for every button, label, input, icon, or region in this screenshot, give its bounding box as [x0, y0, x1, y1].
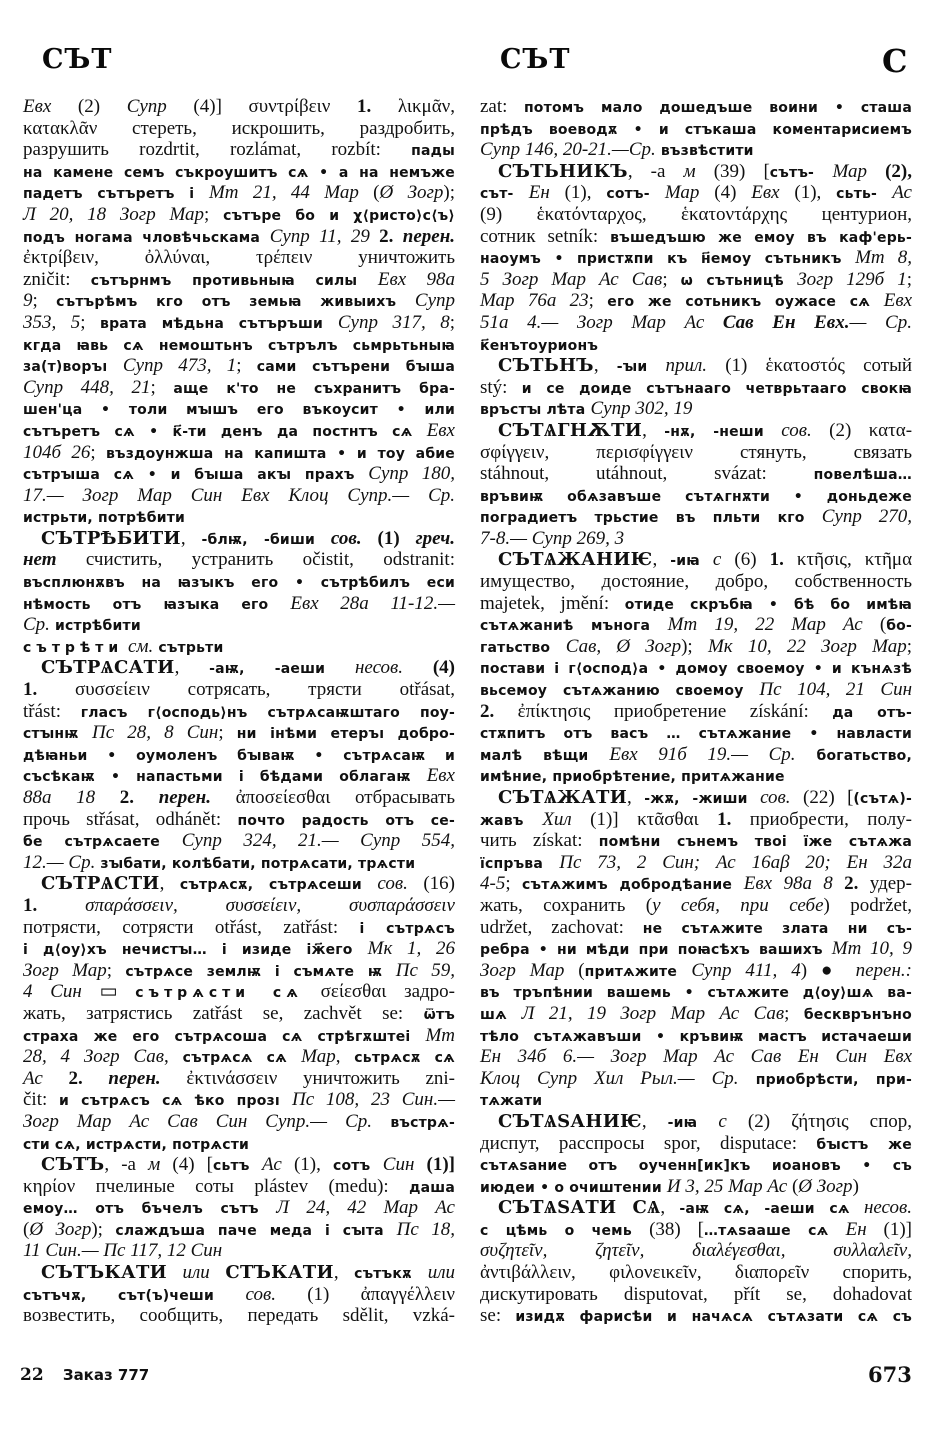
- text-line: čit: и сътрѧсъ сѧ ѣко прозı Пс 108, 23 С…: [23, 1089, 455, 1111]
- definition-text: čit:: [23, 1089, 59, 1110]
- definition-text: (2) κατα-: [812, 420, 912, 441]
- definition-text: ἀποσείεσθαι отбрасывать: [211, 787, 455, 808]
- church-slavonic-quote: за(т)воръı: [23, 359, 123, 375]
- church-slavonic-quote: въздоунжша на капишта • и тоу абие: [106, 446, 455, 462]
- church-slavonic-quote: бо-: [886, 618, 912, 634]
- church-slavonic-quote: врата мѣдьна сътъръши: [100, 316, 338, 332]
- definition-text: разрушить rozdrtit, rozlámat, rozbít:: [23, 139, 411, 160]
- text-line: 9; сътърѣмъ кго отъ земьꙗ живыихъ Супр: [23, 290, 455, 312]
- source-reference: Мар: [665, 182, 700, 203]
- text-line: їспръва Пс 73, 2 Син; Ас 16аβ 20; Ен 32а: [480, 852, 912, 874]
- source-reference: перен.:: [856, 960, 912, 981]
- definition-text: сотник setník:: [480, 226, 610, 247]
- text-line: Ср. истрѣбити: [23, 614, 455, 636]
- church-slavonic-quote: кгда ꙗвь сѧ немоштьнъ сътрълъ сьмрьтьныꙗ: [23, 338, 455, 354]
- headword: СЪТѦЖАТИ: [498, 787, 627, 808]
- definition-text: udržet, zachovat:: [480, 917, 643, 938]
- source-reference: Пс 59,: [396, 960, 455, 981]
- text-line: постави і г⟨оспод⟩а • домоу своемоу • и …: [480, 657, 912, 679]
- definition-text: возвестить, сообщить, передать sdělit, v…: [23, 1305, 455, 1326]
- text-line: дискутировать disputovat, přít se, dohad…: [480, 1284, 912, 1306]
- church-slavonic-quote: сътъчѫ, сът(ъ)чеши: [23, 1288, 246, 1304]
- definition-text: (1),: [550, 182, 607, 203]
- church-slavonic-quote: изидѫ фарисѣи и начѧсѧ сътѧзати сѧ съ: [515, 1309, 912, 1325]
- definition-text: ;: [907, 636, 912, 657]
- church-slavonic-quote: и сътрѧсъ сѧ ѣко прозı: [59, 1093, 292, 1109]
- source-reference: 12.— Ср.: [23, 852, 95, 873]
- text-line: κηρίον пчелиные соты plástev (medu): даш…: [23, 1176, 455, 1198]
- church-slavonic-quote: -аѭ, -аеши: [209, 661, 325, 677]
- text-line: 28, 4 Зогр Сав, сътрѧсѧ сѧ Мар, сьтрѧсѫ …: [23, 1046, 455, 1068]
- church-slavonic-quote: шѧ: [480, 1007, 522, 1023]
- source-reference: 4-5: [480, 873, 505, 894]
- text-line: диспут, расспросы spor, disputace: бꙑстъ…: [480, 1133, 912, 1155]
- source-reference: Супр 11, 29: [270, 226, 370, 247]
- text-line: Ен 34б 6.— Зогр Мар Ас Сав Ен Син Евх: [480, 1046, 912, 1068]
- text-line: 5 Зогр Мар Ас Сав; ѡ сътьницѣ Зогр 129б …: [480, 269, 912, 291]
- definition-text: (1)] κτᾶσθαι: [572, 809, 717, 830]
- text-line: СЪТѦЅАНИѤ, -иꙗ с (2) ζήτησις спор,: [480, 1111, 912, 1133]
- church-slavonic-quote: имѣние, приобрѣтение, притѧжание: [480, 769, 785, 785]
- definition-text: ;: [33, 290, 57, 311]
- definition-text: (: [564, 960, 584, 981]
- definition-text: σφίγγειν, περισφίγγειν стянуть, связать: [480, 442, 912, 463]
- definition-text: 1.: [717, 809, 731, 830]
- headword: СЪТѦЖАНИѤ: [498, 549, 652, 570]
- source-reference: Евх: [23, 96, 51, 117]
- definition-text: συσσείειν сотрясать, трясти otřásat,: [37, 679, 455, 700]
- church-slavonic-quote: нѣмость отъ ꙗзꙑка его: [23, 597, 290, 613]
- church-slavonic-quote: и се доиде сътънааго четврьтааго свокꙗ: [522, 381, 912, 397]
- church-slavonic-quote: помѣни сънемъ твоі їже сътѧжа: [599, 834, 912, 850]
- church-slavonic-quote: поградиетъ трьстие въ пльти кго: [480, 510, 822, 526]
- church-slavonic-quote: сътрѧсѧ сѧ: [183, 1050, 302, 1066]
- definition-text: 2.: [370, 226, 394, 247]
- source-reference: Ен: [846, 1219, 867, 1240]
- source-reference: Супр 317, 8: [338, 312, 450, 333]
- source-reference: Клоц Супр Хил Рыл.— Ср.: [480, 1068, 739, 1089]
- definition-text: (1),: [282, 1154, 333, 1175]
- text-line: сътѧжаниѣ мънога Мт 19, 22 Мар Ас (бо-: [480, 614, 912, 636]
- source-reference: 11 Син.— Пс 117, 12 Син: [23, 1240, 222, 1261]
- text-line: малѣ вѣщи Евх 91б 19.— Ср. богатьство,: [480, 744, 912, 766]
- church-slavonic-quote: сотъ-: [606, 186, 665, 202]
- definition-text: (39) [: [696, 161, 770, 182]
- text-line: СЪТѦГНѪТИ, -нѫ, -неши сов. (2) κατα-: [480, 420, 912, 442]
- definition-text: приобрести, полу-: [731, 809, 912, 830]
- source-reference: Сав Ен Евх.: [723, 312, 850, 333]
- signature-number: 22: [20, 1365, 44, 1385]
- text-line: stáhnout, utáhnout, svázat: повелѣша…: [480, 463, 912, 485]
- church-slavonic-quote: жавъ: [480, 813, 542, 829]
- text-line: ребра • ни мѣди при поꙗсѣхъ вашихъ Мт 10…: [480, 938, 912, 960]
- text-line: majetek, jmění: отиде скръбꙗ • бѣ бо имѣ…: [480, 593, 912, 615]
- church-slavonic-quote: постави і г⟨оспод⟩а • домоу своемоу • и …: [480, 661, 912, 677]
- source-reference: м: [148, 1154, 160, 1175]
- source-reference: Супр 180,: [368, 463, 455, 484]
- text-line: сът- Ен (1), сотъ- Мар (4) Евх (1), сьть…: [480, 182, 912, 204]
- source-reference: греч.: [416, 528, 455, 549]
- text-line: udržet, zachovat: не сътѧжите злата ни с…: [480, 917, 912, 939]
- source-reference: Зогр 129б 1: [797, 269, 906, 290]
- church-slavonic-quote: връстꙑ лѣта: [480, 402, 590, 418]
- text-line: въ тръпѣнии вашемь • сътѧжите д⟨оу⟩шѧ ва…: [480, 981, 912, 1003]
- text-line: Зогр Мар (притѧжите Супр 411, 4) ● перен…: [480, 960, 912, 982]
- church-slavonic-quote: въсплюнѫвъ на ꙗзꙑкъ его • сътрѣбилъ еси: [23, 575, 455, 591]
- definition-text: stý:: [480, 377, 522, 398]
- text-line: 1. σπαράσσειν, συσσείειν, συσπαράσσειν: [23, 895, 455, 917]
- source-reference: Супр 146, 20-21.—Ср.: [480, 139, 656, 160]
- source-reference: Мт 21, 44 Мар: [209, 182, 359, 203]
- source-reference: Ен: [529, 182, 550, 203]
- source-reference: Ас: [23, 1068, 43, 1089]
- text-line: чить získat: помѣни сънемъ твоі їже сътѧ…: [480, 830, 912, 852]
- definition-text: , -а: [104, 1154, 148, 1175]
- source-reference: или: [428, 1262, 455, 1283]
- text-line: 17.— Зогр Мар Син Евх Клоц Супр.— Ср.: [23, 485, 455, 507]
- church-slavonic-quote: сотъ: [333, 1158, 383, 1174]
- definition-text: имущество, достояние, добро, собственнос…: [480, 571, 912, 592]
- text-line: κατακλᾶν стереть, искрошить, раздробить,: [23, 118, 455, 140]
- church-slavonic-quote: дѣꙗньи • оумоленъ бꙑваѭ • сътрѧсаѭ и: [23, 748, 455, 764]
- church-slavonic-quote: -ꙑи: [617, 359, 648, 375]
- church-slavonic-quote: -блѭ, -биши: [201, 532, 315, 548]
- text-line: сътѧѕание отъ оученн[ик]къ иоановъ • съ: [480, 1154, 912, 1176]
- church-slavonic-quote: връвиѭ обѧзавъше сътѧгнѫти • доньдеже: [480, 489, 912, 505]
- text-line: 12.— Ср. зꙑбати, колѣбати, потрѧсати, тр…: [23, 852, 455, 874]
- definition-text: 2.: [95, 787, 134, 808]
- church-slavonic-quote: сътъ-: [770, 165, 833, 181]
- running-head-right: СЪТ: [500, 44, 570, 75]
- definition-text: ;: [589, 290, 608, 311]
- definition-text: дискутировать disputovat, přít se, dohad…: [480, 1284, 912, 1305]
- definition-text: ): [853, 1176, 859, 1197]
- headword: СЪТРѦСАТИ: [41, 657, 175, 678]
- text-line: за(т)воръı Супр 473, 1; сами сътърени бꙑ…: [23, 355, 455, 377]
- text-line: нет счистить, устранить očistit, odstran…: [23, 549, 455, 571]
- text-line: СЪТЪ, -а м (4) [сьтъ Ас (1), сотъ Син (1…: [23, 1154, 455, 1176]
- section-letter-mark: С: [882, 42, 908, 80]
- text-line: наоумъ • пристѫпи къ н҃емоу сътьникъ Мт …: [480, 247, 912, 269]
- definition-text: (: [787, 1176, 798, 1197]
- definition-text: σείεσθαι задро-: [303, 981, 455, 1002]
- source-reference: или: [167, 1262, 225, 1283]
- definition-text: ;: [907, 269, 912, 290]
- church-slavonic-quote: отиде скръбꙗ • бѣ бо имѣꙗ: [625, 597, 912, 613]
- church-slavonic-quote: і д⟨оу⟩хъ нечистꙑ… і изиде іж҃его: [23, 942, 368, 958]
- text-line: Ас 2. перен. ἐκτινάσσειν уничтожить zni-: [23, 1068, 455, 1090]
- text-line: стѫпитъ отъ васъ … сътѧжание • навласти: [480, 722, 912, 744]
- source-reference: Супр: [127, 96, 167, 117]
- headword: СЪТѦГНѪТИ: [498, 420, 642, 441]
- source-reference: 28, 4 Зогр Сав: [23, 1046, 164, 1067]
- text-line: падетъ сътъретъ і Мт 21, 44 Мар (Ø Зогр)…: [23, 182, 455, 204]
- definition-text: ;: [236, 355, 257, 376]
- definition-text: (1)]: [414, 1154, 455, 1175]
- definition-text: );: [91, 1219, 115, 1240]
- text-line: (9) ἑκατόνταρχος, ἑκατοντάρχης центурион…: [480, 204, 912, 226]
- church-slavonic-quote: повелѣша…: [814, 467, 912, 483]
- source-reference: Супр: [415, 290, 455, 311]
- definition-text: ἀντιβάλλειν, φιλονεικεῖν, διαπορεῖν спор…: [480, 1262, 912, 1283]
- definition-text: (6): [721, 549, 769, 570]
- definition-text: диспут, расспросы spor, disputace:: [480, 1133, 816, 1154]
- text-line: Зогр Мар Ас Сав Син Супр.— Ср. въстрѧ-: [23, 1111, 455, 1133]
- text-line: тѣло сътѧжавъши • кръвиѭ мастъ истачаеши: [480, 1025, 912, 1047]
- church-slavonic-quote: сътрѧсѫ, сътрѧсеши: [180, 877, 362, 893]
- church-slavonic-quote: сьть-: [836, 186, 892, 202]
- text-line: Евх (2) Супр (4)] συντρίβειν 1. λικμᾶν,: [23, 96, 455, 118]
- text-line: прѣдъ воеводѫ • и стъкаша коментарисиемъ: [480, 118, 912, 140]
- text-line: Л 20, 18 Зогр Мар; сътъре бо и χ⟨ристо⟩с…: [23, 204, 455, 226]
- source-reference: Ø Зогр: [29, 1219, 91, 1240]
- source-reference: м: [683, 161, 695, 182]
- definition-text: (16): [408, 873, 455, 894]
- source-reference: см.: [123, 636, 153, 657]
- text-line: 11 Син.— Пс 117, 12 Син: [23, 1240, 455, 1262]
- definition-text: );: [681, 636, 708, 657]
- source-reference: 104б 26: [23, 442, 90, 463]
- source-reference: Мт 19, 22 Мар Ас: [668, 614, 863, 635]
- definition-text: se:: [480, 1305, 515, 1326]
- text-line: к҃енътоурионъ: [480, 334, 912, 356]
- definition-text: 2.: [480, 701, 494, 722]
- text-line: шѧ Л 21, 19 Зогр Мар Ас Сав; бескврънъно: [480, 1003, 912, 1025]
- footer-signature: 22 Заказ 777: [20, 1365, 149, 1385]
- text-line: ἐκτρίβειν, ὀλλύναι, τρέπειν уничтожить: [23, 247, 455, 269]
- definition-text: (4): [403, 657, 455, 678]
- church-slavonic-quote: бескврънъно: [804, 1007, 912, 1023]
- source-reference: Пс 18,: [397, 1219, 455, 1240]
- church-slavonic-quote: възвѣстити: [656, 143, 754, 159]
- headword: СЪТѦЅАТИ СѦ: [498, 1197, 660, 1218]
- church-slavonic-quote: -иꙗ: [668, 1115, 698, 1131]
- text-line: сътрꙑша сѧ • и бꙑша акꙑ прахъ Супр 180,: [23, 463, 455, 485]
- source-reference: 7-8.— Супр 269, 3: [480, 528, 624, 549]
- definition-text: 2.: [43, 1068, 83, 1089]
- text-line: σφίγγειν, περισφίγγειν стянуть, связать: [480, 442, 912, 464]
- text-line: емоу… отъ бъчелъ сътъ Л 24, 42 Мар Ас: [23, 1197, 455, 1219]
- church-slavonic-quote: стꙑнѭ: [23, 726, 92, 742]
- church-slavonic-quote: подъ ногама чловѣчьскама: [23, 230, 270, 246]
- church-slavonic-quote: тѧжати: [480, 1093, 542, 1109]
- definition-text: ,: [642, 1111, 668, 1132]
- text-line: сътъчѫ, сът(ъ)чеши сов. (1) ἀπαγγέλλειν: [23, 1284, 455, 1306]
- source-reference: перен.: [134, 787, 211, 808]
- source-reference: Евх 28а 11-12.—: [290, 593, 455, 614]
- definition-text: прочь střásat, odhánět:: [23, 809, 237, 830]
- text-line: страха же его сътрѧсоша сѧ стрѣгѫштеі Мт: [23, 1025, 455, 1047]
- definition-text: ;: [505, 873, 522, 894]
- church-slavonic-quote: сътъретъ сѧ • к҃-ти денъ да постнтъ сѧ: [23, 424, 427, 440]
- source-reference: Евх: [884, 290, 912, 311]
- text-line: συζητεῖν, ζητεῖν, διαλέγεσθαι, συλλαλεῖν…: [480, 1240, 912, 1262]
- church-slavonic-quote: на камене семъ съкроушитъ сѧ • а на немъ…: [23, 165, 455, 181]
- definition-text: ,: [642, 420, 664, 441]
- source-reference: несов.: [325, 657, 403, 678]
- definition-text: (4) [: [160, 1154, 213, 1175]
- definition-text: 1.: [770, 549, 784, 570]
- text-line: сти сѧ, истрѧсти, потрѧсти: [23, 1133, 455, 1155]
- source-reference: Евх: [751, 182, 779, 203]
- church-slavonic-quote: слаждъша паче меда і сꙑта: [115, 1223, 396, 1239]
- church-slavonic-quote: тѣло сътѧжавъши • кръвиѭ мастъ истачаеши: [480, 1029, 912, 1045]
- definition-text: (4): [699, 182, 751, 203]
- definition-text: ἐκτινάσσειν уничтожить zni-: [161, 1068, 455, 1089]
- text-line: бе сътрѧсаете Супр 324, 21.— Супр 554,: [23, 830, 455, 852]
- source-reference: 9: [23, 290, 33, 311]
- definition-text: ;: [204, 204, 223, 225]
- church-slavonic-quote: почто радость отъ се-: [237, 813, 455, 829]
- headword: СЪТРѦСТИ: [41, 873, 160, 894]
- source-reference: прил.: [647, 355, 707, 376]
- text-line: Зогр Мар; сътрѧсе землѭ і съмѧте ѭ Пс 59…: [23, 960, 455, 982]
- definition-text: (9) ἑκατόνταρχος, ἑκατοντάρχης центурион…: [480, 204, 912, 225]
- church-slavonic-quote: їспръва: [480, 856, 559, 872]
- source-reference: — Ср.: [850, 312, 912, 333]
- church-slavonic-quote: шен'ца • толи мꙑшъ его въкоусит • или: [23, 402, 455, 418]
- headword: СЪТЪ: [41, 1154, 104, 1175]
- source-reference: 51а 4.— Зогр Мар Ас: [480, 312, 723, 333]
- text-line: ἀντιβάλλειν, φιλονεικεῖν, διαπορεῖν спор…: [480, 1262, 912, 1284]
- text-line: потрясти, сотрясти otřást, zatřást: і съ…: [23, 917, 455, 939]
- church-slavonic-quote: пады: [411, 143, 455, 159]
- source-reference: Ас: [262, 1154, 282, 1175]
- church-slavonic-quote: сьтрѧсѫ сѧ: [354, 1050, 455, 1066]
- source-reference: Мар 76а 23: [480, 290, 589, 311]
- text-line: шен'ца • толи мꙑшъ его въкоусит • или: [23, 398, 455, 420]
- definition-text: ;: [80, 312, 100, 333]
- source-reference: с: [697, 1111, 727, 1132]
- text-line: разрушить rozdrtit, rozlámat, rozbít: па…: [23, 139, 455, 161]
- church-slavonic-quote: сътърѣмъ кго отъ земьꙗ живыихъ: [56, 294, 415, 310]
- source-reference: Супр 473, 1: [123, 355, 236, 376]
- source-reference: σπαράσσειν, συσσείειν, συσπαράσσειν: [37, 895, 455, 916]
- church-slavonic-quote: вьсемоу сътѧжанию своемоу: [480, 683, 759, 699]
- source-reference: Пс 28, 8 Син: [92, 722, 218, 743]
- headword: СЪТЪКАТИ: [41, 1262, 167, 1283]
- definition-text: ;: [450, 312, 455, 333]
- definition-text: (1) ἑκατοστός сотый: [707, 355, 912, 376]
- church-slavonic-quote: сътѧжимъ добродѣание: [522, 877, 744, 893]
- definition-text: 1.: [23, 679, 37, 700]
- text-line: гатьство Сав, Ø Зогр); Мк 10, 22 Зогр Ма…: [480, 636, 912, 658]
- church-slavonic-quote: аще к'то не съхранитъ бра-: [173, 381, 455, 397]
- church-slavonic-quote: с цѣмь о чемь: [480, 1223, 649, 1239]
- church-slavonic-quote: ребра • ни мѣди при поꙗсѣхъ вашихъ: [480, 942, 832, 958]
- definition-text: удер-: [858, 873, 912, 894]
- source-reference: сов.: [246, 1284, 276, 1305]
- church-slavonic-quote: сътърнмъ противьныꙗ силы: [91, 273, 378, 289]
- source-reference: Супр 270,: [822, 506, 912, 527]
- source-reference: 4 Син: [23, 981, 82, 1002]
- church-slavonic-quote: не сътѧжите злата ни съ-: [643, 921, 912, 937]
- running-head-left: СЪТ: [42, 44, 112, 75]
- text-line: въсплюнѫвъ на ꙗзꙑкъ его • сътрѣбилъ еси: [23, 571, 455, 593]
- church-slavonic-quote: потомъ мало дошедъше воини • сташа: [524, 100, 912, 116]
- church-slavonic-quote: -иꙗ: [670, 553, 700, 569]
- source-reference: Ас: [892, 182, 912, 203]
- definition-text: třást:: [23, 701, 81, 722]
- definition-text: (2) ζήτησις спор,: [727, 1111, 912, 1132]
- church-slavonic-quote: приобрѣсти, при-: [739, 1072, 913, 1088]
- source-reference: 5 Зогр Мар Ас Сав: [480, 269, 662, 290]
- definition-text: (1): [362, 528, 416, 549]
- church-slavonic-quote: да отъ-: [832, 705, 912, 721]
- church-slavonic-quote: гатьство: [480, 640, 566, 656]
- church-slavonic-quote: сътѧѕание отъ оученн[ик]къ иоановъ • съ: [480, 1158, 912, 1174]
- source-reference: Ср.: [23, 614, 50, 635]
- text-line: имѣние, приобрѣтение, притѧжание: [480, 765, 912, 787]
- church-slavonic-quote: стѫпитъ отъ васъ … сътѧжание • навласти: [480, 726, 912, 742]
- source-reference: Сав, Ø Зогр: [566, 636, 681, 657]
- source-reference: Супр 448, 21: [23, 377, 151, 398]
- source-reference: нет: [23, 549, 57, 570]
- text-line: třást: гласъ г⟨осподь⟩нъ сътрѧсаѭштаго п…: [23, 701, 455, 723]
- definition-text: (1),: [780, 182, 837, 203]
- definition-text: чить získat:: [480, 830, 599, 851]
- source-reference: 88а 18: [23, 787, 95, 808]
- text-line: сътрѣти см. сътрьти: [23, 636, 455, 658]
- church-slavonic-quote: прѣдъ воеводѫ • и стъкаша коментарисиемъ: [480, 122, 912, 138]
- church-slavonic-quote: сътрꙑша сѧ • и бꙑша акꙑ прахъ: [23, 467, 368, 483]
- source-reference: у себя, при себе: [652, 895, 823, 916]
- text-line: і д⟨оу⟩хъ нечистꙑ… і изиде іж҃его Мк 1, …: [23, 938, 455, 960]
- text-line: se: изидѫ фарисѣи и начѧсѧ сътѧзати сѧ с…: [480, 1305, 912, 1327]
- church-slavonic-quote: зꙑбати, колѣбати, потрѧсати, трѧсти: [95, 856, 415, 872]
- definition-text: κατακλᾶν стереть, искрошить, раздробить,: [23, 118, 455, 139]
- church-slavonic-quote: въшедъшю же емоу въ каф'ерь-: [610, 230, 912, 246]
- source-reference: 353, 5: [23, 312, 80, 333]
- text-line: СЪТРѦСАТИ, -аѭ, -аеши несов. (4): [23, 657, 455, 679]
- text-line: сотник setník: въшедъшю же емоу въ каф'е…: [480, 226, 912, 248]
- church-slavonic-quote: страха же его сътрѧсоша сѧ стрѣгѫштеі: [23, 1029, 425, 1045]
- text-line: СЪТРѢБИТИ, -блѭ, -биши сов. (1) греч.: [23, 528, 455, 550]
- text-line: 51а 4.— Зогр Мар Ас Сав Ен Евх.— Ср.: [480, 312, 912, 334]
- church-slavonic-quote: сти сѧ, истрѧсти, потрѧсти: [23, 1137, 249, 1153]
- source-reference: Ø Зогр: [798, 1176, 852, 1197]
- text-line: връстꙑ лѣта Супр 302, 19: [480, 398, 912, 420]
- definition-text: ;: [662, 269, 680, 290]
- definition-text: ,: [660, 1197, 679, 1218]
- definition-text: ἐπίκτησις приобретение získání:: [494, 701, 832, 722]
- headword: СЪТЬНЪ: [498, 355, 594, 376]
- church-slavonic-quote: въ тръпѣнии вашемь • сътѧжите д⟨оу⟩шѧ ва…: [480, 985, 912, 1001]
- source-reference: Мк 10, 22 Зогр Мар: [708, 636, 907, 657]
- text-line: stý: и се доиде сътънааго четврьтааго св…: [480, 377, 912, 399]
- church-slavonic-quote: истрѣбити: [50, 618, 141, 634]
- text-line: жать, затрястись zatřást se, zachvět se:…: [23, 1003, 455, 1025]
- text-line: 353, 5; врата мѣдьна сътъръши Супр 317, …: [23, 312, 455, 334]
- definition-text: ,: [160, 873, 180, 894]
- definition-text: ,: [164, 1046, 183, 1067]
- definition-text: ,: [652, 549, 670, 570]
- text-line: поградиетъ трьстие въ пльти кго Супр 270…: [480, 506, 912, 528]
- church-slavonic-quote: сами сътърени бꙑша: [257, 359, 455, 375]
- source-reference: Евх: [427, 765, 455, 786]
- source-reference: Л 24, 42 Мар Ас: [276, 1197, 455, 1218]
- text-line: истрьти, потрѣбити: [23, 506, 455, 528]
- source-reference: Евх: [427, 420, 455, 441]
- source-reference: Евх 98а 8: [744, 873, 833, 894]
- church-slavonic-quote: сътрьти: [153, 640, 223, 656]
- source-reference: перен.: [83, 1068, 161, 1089]
- church-slavonic-quote: (сътѧ)-: [853, 791, 912, 807]
- source-reference: сов.: [748, 787, 791, 808]
- church-slavonic-quote: сът-: [480, 186, 529, 202]
- definition-text: (: [863, 614, 886, 635]
- definition-text: ;: [151, 377, 174, 398]
